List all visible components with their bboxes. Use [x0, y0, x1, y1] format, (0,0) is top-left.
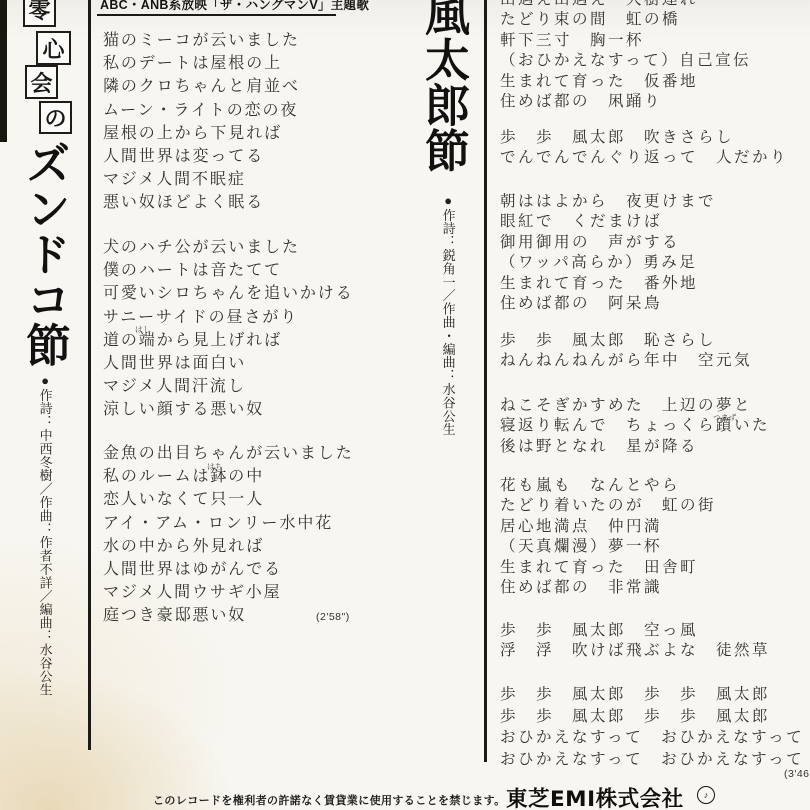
song2-verse-4: 花も嵐も なんとやら たどり着いたのが 虹の街 居心地満点 仲円満 （天真爛漫）…	[500, 476, 810, 598]
scan-edge-artifact	[0, 0, 7, 142]
column-divider-right	[484, 0, 487, 762]
record-company-logo-icon: ♪	[697, 786, 715, 804]
song1-verse-1: 猫のミーコが云いました 私のデートは屋根の上 隣のクロちゃんと肩並べ ムーン・ラ…	[103, 29, 300, 215]
song2-credits: ●作詩：鋭角一／作曲・編曲：水谷公生	[441, 193, 455, 443]
song2-chorus-2: 歩 歩 風太郎 恥さらし ねんねんねんがら年中 空元気	[500, 331, 810, 372]
song2-verse-1: 出遇え出遇え 大樹連れ たどり束の間 虹の橋 軒下三寸 胸一杯 （おひかえなすっ…	[500, 0, 810, 112]
song1-duration: (2'58")	[316, 611, 350, 623]
group-char: 心	[42, 33, 64, 64]
group-char: 会	[30, 67, 52, 98]
song2-chorus-1: 歩 歩 風太郎 吹きさらし でんでんでんぐり返って 人だかり	[500, 128, 810, 169]
group-box-char-1: 零	[23, 0, 56, 27]
group-char: 零	[28, 0, 50, 25]
furigana-hachi: はち	[207, 461, 223, 472]
group-char: の	[44, 102, 66, 133]
column-divider-left	[88, 0, 91, 750]
song2-title: 風太郎節	[421, 0, 466, 173]
broadcast-underline	[97, 14, 336, 16]
song2-finale: 歩 歩 風太郎 歩 歩 風太郎 歩 歩 風太郎 歩 歩 風太郎 おひかえなすって…	[500, 684, 810, 770]
furigana-tsumazu: つまず	[713, 412, 737, 423]
group-box-char-2: 心	[36, 31, 71, 65]
group-box-char-4: の	[39, 101, 72, 134]
song2-chorus-3: 歩 歩 風太郎 空っ風 浮 浮 吹けば飛ぶよな 徒然草	[500, 621, 810, 662]
rental-notice: このレコードを権利者の許諾なく賃貸業に使用することを禁じます。	[153, 792, 506, 808]
song2-verse-3: ねこそぎかすめた 上辺の夢と 寝返り転んで ちょっくら躓いた 後は野となれ 星が…	[500, 396, 810, 457]
song2-duration: (3'46")	[784, 768, 810, 780]
song1-credits: ●作詩：中西冬樹／作曲：作者不詳／編曲：水谷公生	[38, 373, 52, 703]
song1-title: ズンドコ節	[22, 140, 67, 368]
broadcast-note: ABC・ANB系放映「ザ・ハングマンV」主題歌	[100, 0, 369, 13]
song1-verse-3: 金魚の出目ちゃんが云いました 私のルームは鉢の中 恋人いなくて只一人 アイ・アム…	[103, 442, 354, 628]
record-company-name: 東芝EMI株式会社	[506, 782, 684, 810]
group-box-char-3: 会	[25, 65, 58, 99]
furigana-hashi: はし	[135, 324, 151, 335]
song2-verse-2: 朝ははよから 夜更けまで 眼紅で くだまけば 御用御用の 声がする （ワッパ高ら…	[500, 192, 810, 314]
logo-glyph: ♪	[704, 790, 709, 800]
